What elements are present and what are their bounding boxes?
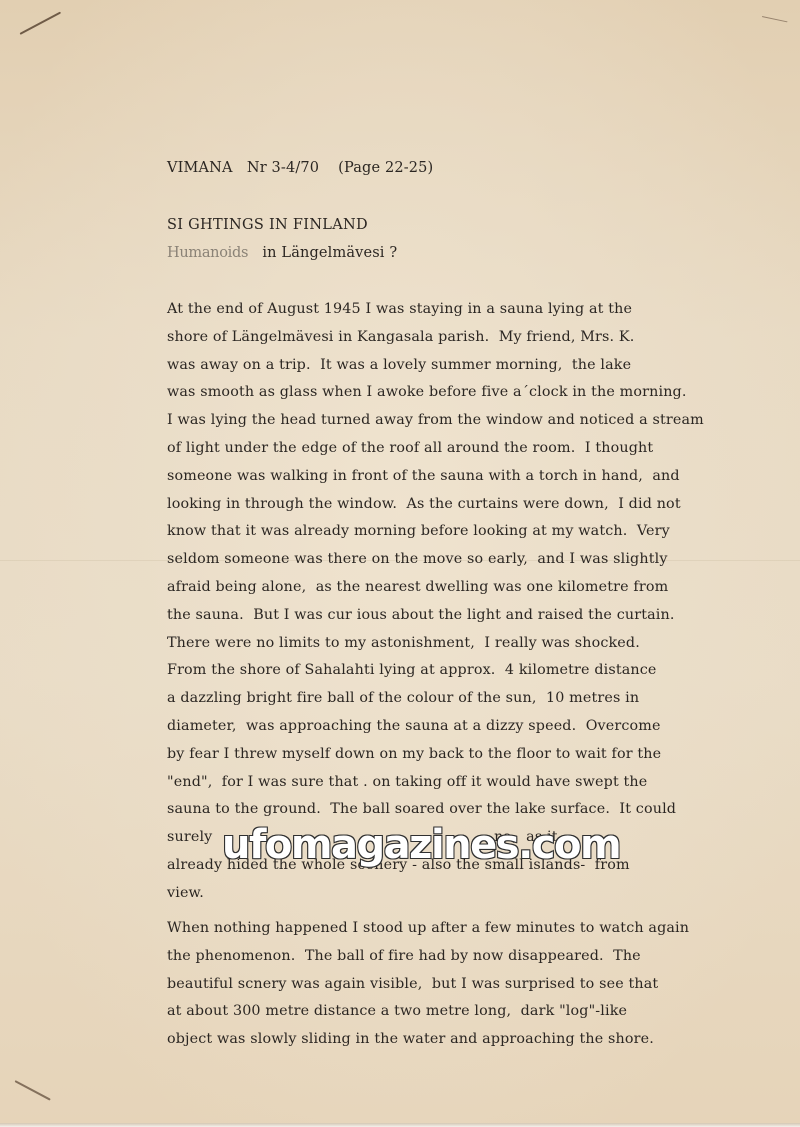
text-line: by fear I threw myself down on my back t… (167, 741, 704, 769)
text-line: shore of Längelmävesi in Kangasala paris… (167, 324, 704, 352)
issue-number: Nr 3-4/70 (247, 160, 319, 176)
subtitle-rest: in Längelmävesi ? (262, 245, 397, 261)
pencil-mark-top-right (762, 16, 788, 22)
paragraph-2: When nothing happened I stood up after a… (167, 915, 689, 1054)
text-line: the sauna. But I was cur ious about the … (167, 602, 704, 630)
text-line: know that it was already morning before … (167, 518, 704, 546)
text-line: looking in through the window. As the cu… (167, 491, 704, 519)
section-title: SI GHTINGS IN FINLAND (167, 217, 368, 233)
pencil-mark-bottom-left (15, 1080, 51, 1101)
text-line: object was slowly sliding in the water a… (167, 1026, 689, 1054)
text-line: was away on a trip. It was a lovely summ… (167, 352, 704, 380)
text-line: seldom someone was there on the move so … (167, 546, 704, 574)
publication-name: VIMANA (167, 160, 233, 176)
text-line: At the end of August 1945 I was staying … (167, 296, 704, 324)
text-line: a dazzling bright fire ball of the colou… (167, 685, 704, 713)
text-line: at about 300 metre distance a two metre … (167, 998, 689, 1026)
paragraph-1: At the end of August 1945 I was staying … (167, 296, 704, 908)
text-line: From the shore of Sahalahti lying at app… (167, 657, 704, 685)
subtitle-faded-word: Humanoids (167, 245, 248, 261)
watermark-text: ufomagazines.com (222, 822, 620, 868)
publication-header: VIMANA Nr 3-4/70 (Page 22-25) (167, 160, 433, 176)
pencil-mark-top-left (20, 12, 62, 35)
text-line: view. (167, 880, 704, 908)
text-line: someone was walking in front of the saun… (167, 463, 704, 491)
article-subtitle: Humanoids in Längelmävesi ? (167, 245, 397, 261)
text-line: beautiful scnery was again visible, but … (167, 971, 689, 999)
text-line: When nothing happened I stood up after a… (167, 915, 689, 943)
text-line: There were no limits to my astonishment,… (167, 630, 704, 658)
text-line: the phenomenon. The ball of fire had by … (167, 943, 689, 971)
text-line: was smooth as glass when I awoke before … (167, 379, 704, 407)
page-range: (Page 22-25) (338, 160, 433, 176)
scanned-page: VIMANA Nr 3-4/70 (Page 22-25) SI GHTINGS… (0, 0, 800, 1127)
text-line: diameter, was approaching the sauna at a… (167, 713, 704, 741)
page-bottom-edge (0, 1123, 800, 1127)
text-line: sauna to the ground. The ball soared ove… (167, 796, 704, 824)
text-line: of light under the edge of the roof all … (167, 435, 704, 463)
text-line: I was lying the head turned away from th… (167, 407, 704, 435)
text-line: "end", for I was sure that . on taking o… (167, 769, 704, 797)
text-line: afraid being alone, as the nearest dwell… (167, 574, 704, 602)
